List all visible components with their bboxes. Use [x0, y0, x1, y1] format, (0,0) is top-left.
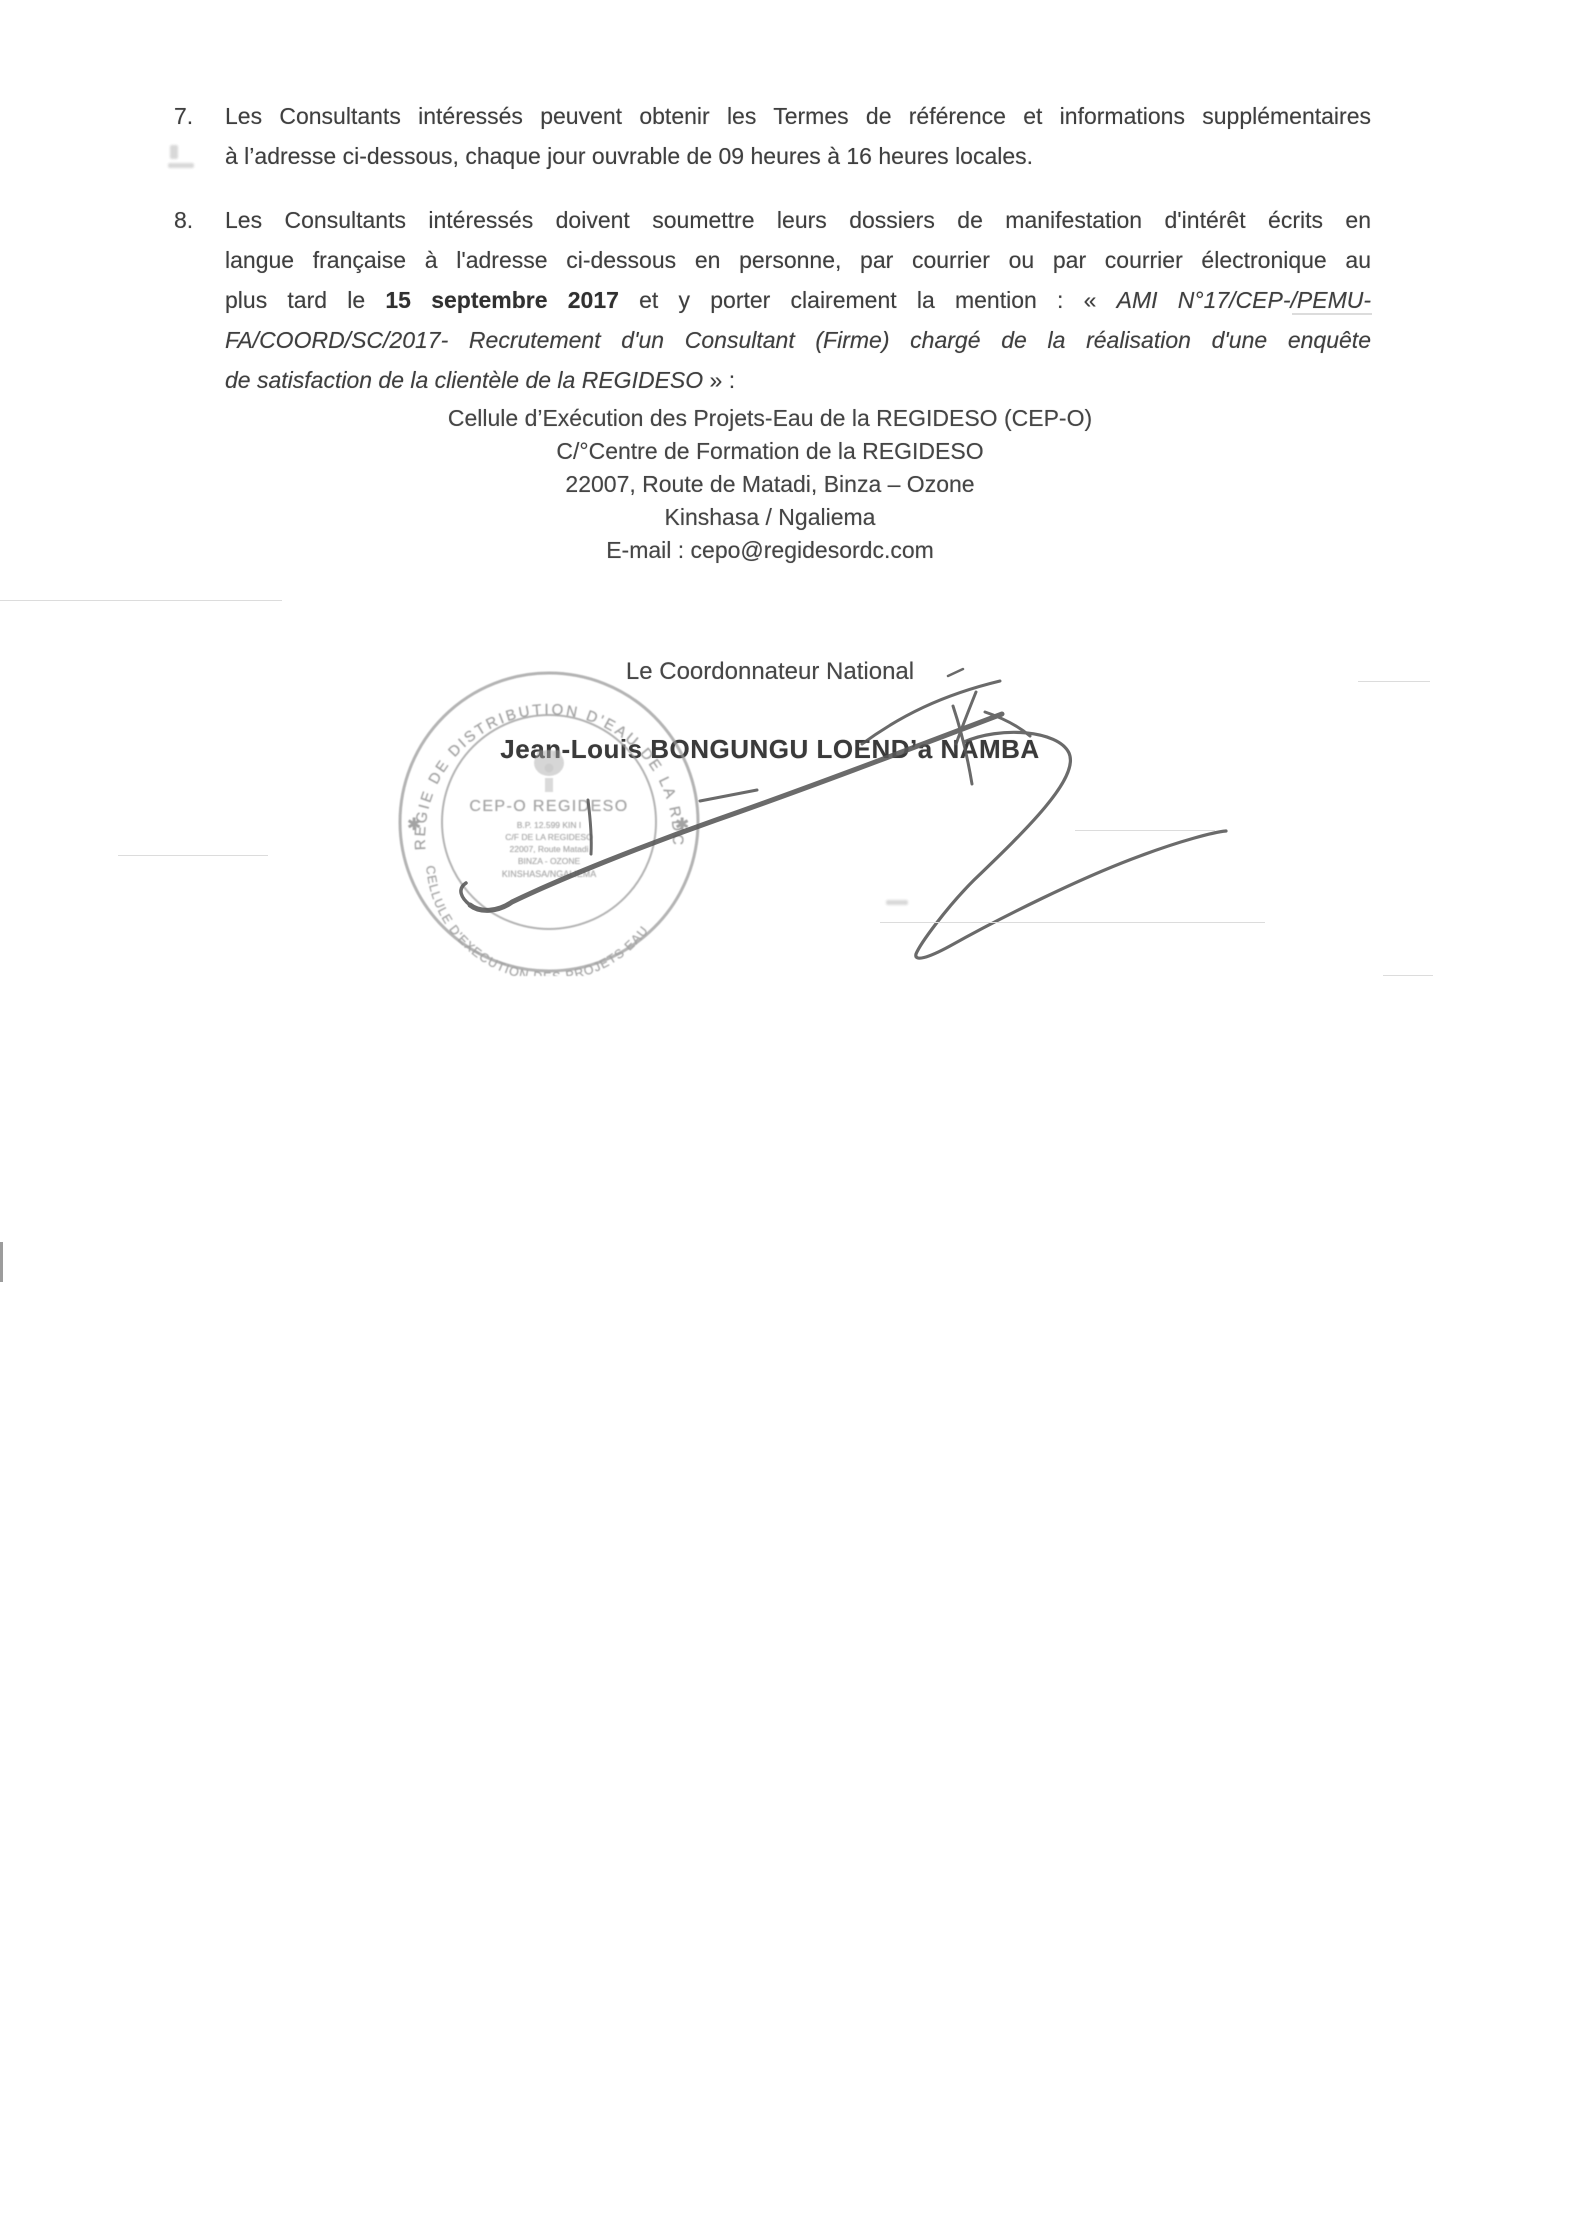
- stamp-center-line6: KINSHASA/NGALIEMA: [502, 869, 597, 879]
- address-line-co: C/°Centre de Formation de la REGIDESO: [190, 435, 1350, 468]
- stamp-ring-text-bottom: CELLULE D'EXECUTION DES PROJETS EAU: [423, 865, 651, 976]
- scan-artifact: [1358, 681, 1430, 682]
- signatory-name: Jean-Louis BONGUNGU LOEND’a NAMBA: [190, 734, 1350, 765]
- reference-code-part3: de satisfaction de la clientèle de la RE…: [225, 367, 703, 393]
- scan-artifact: [0, 600, 282, 601]
- paragraph-8: Les Consultants intéressés doivent soume…: [225, 200, 1371, 400]
- address-line-email: E-mail : cepo@regidesordc.com: [190, 534, 1350, 567]
- scan-artifact: [1292, 313, 1372, 315]
- deadline-text-pre: plus tard le: [225, 287, 385, 313]
- reference-code-part1: AMI N°17/CEP-/PEMU-: [1117, 287, 1371, 313]
- stamp-center-line2: B.P. 12.599 KIN I: [517, 820, 582, 830]
- paragraph-8-line-1: Les Consultants intéressés doivent soume…: [225, 200, 1371, 240]
- stamp-center-line3: C/F DE LA REGIDESO: [505, 832, 593, 842]
- list-number-8: 8.: [174, 200, 193, 240]
- paragraph-7-line-2: à l’adresse ci-dessous, chaque jour ouvr…: [225, 136, 1371, 176]
- official-stamp: REGIE DE DISTRIBUTION D'EAU DE LA RDC CE…: [395, 668, 703, 976]
- paragraph-7: Les Consultants intéressés peuvent obten…: [225, 96, 1371, 176]
- deadline-text-mid: et y porter clairement la mention : «: [619, 287, 1117, 313]
- stamp-center-line5: BINZA - OZONE: [518, 856, 581, 866]
- closing-title: Le Coordonnateur National: [190, 658, 1350, 686]
- paragraph-7-line-1: Les Consultants intéressés peuvent obten…: [225, 96, 1371, 136]
- scan-artifact: [1075, 830, 1215, 831]
- address-line-organization: Cellule d’Exécution des Projets-Eau de l…: [190, 402, 1350, 435]
- scan-artifact: [880, 922, 1265, 923]
- stamp-star-left-icon: ✱: [407, 815, 421, 834]
- address-line-street: 22007, Route de Matadi, Binza – Ozone: [190, 468, 1350, 501]
- paragraph-8-line-2: langue française à l'adresse ci-dessous …: [225, 240, 1371, 280]
- scan-artifact: [118, 855, 268, 856]
- paragraph-8-line-3: plus tard le 15 septembre 2017 et y port…: [225, 280, 1371, 320]
- scan-artifact: [1383, 975, 1433, 976]
- stamp-star-right-icon: ✱: [675, 815, 689, 834]
- address-block: Cellule d’Exécution des Projets-Eau de l…: [190, 402, 1350, 567]
- closing-guillemet: » :: [703, 367, 735, 393]
- stamp-center-line4: 22007, Route Matadi: [510, 844, 589, 854]
- scan-artifact: [168, 163, 194, 168]
- scan-artifact: [886, 900, 908, 905]
- scan-artifact: [0, 1242, 3, 1282]
- stamp-center-title: CEP-O REGIDESO: [469, 798, 628, 815]
- address-line-city: Kinshasa / Ngaliema: [190, 501, 1350, 534]
- paragraph-8-line-4: FA/COORD/SC/2017- Recrutement d'un Consu…: [225, 320, 1371, 360]
- scan-artifact: [170, 145, 178, 159]
- deadline-date: 15 septembre 2017: [385, 287, 619, 313]
- paragraph-8-line-5: de satisfaction de la clientèle de la RE…: [225, 360, 1371, 400]
- stamp-emblem-icon: [534, 750, 564, 792]
- scanned-document-page: 7. Les Consultants intéressés peuvent ob…: [0, 0, 1576, 2228]
- list-number-7: 7.: [174, 96, 193, 136]
